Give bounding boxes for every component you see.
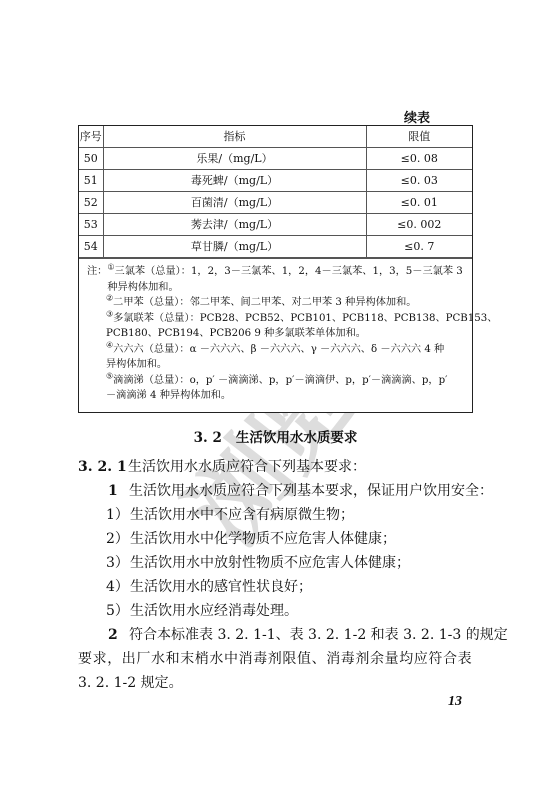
note-text: 滴滴涕（总量）：o，p′ －滴滴涕、p，p′－滴滴伊、p，p′－滴滴滴、p，p′ (113, 375, 447, 386)
note-item-4: ④六六六（总量）：α －六六六、β －六六六、γ －六六六、δ －六六六 4 种… (106, 342, 464, 373)
note-text: PCB180、PCB194、PCB206 9 种多氯联苯单体加和。 (106, 326, 464, 342)
note-text: 异构体加和。 (106, 357, 464, 373)
note-text: 二甲苯（总量）：邻二甲苯、间二甲苯、对二甲苯 3 种异构体加和。 (113, 297, 416, 308)
continued-table-label: 续表 (404, 107, 430, 126)
table-row: 51 毒死蜱/（mg/L） ≤0. 03 (79, 170, 472, 192)
note-item-3: ③多氯联苯（总量）：PCB28、PCB52、PCB101、PCB118、PCB1… (106, 311, 464, 342)
table-row: 54 草甘膦/（mg/L） ≤0. 7 (79, 236, 472, 258)
cell-indicator: 百菌清/（mg/L） (103, 192, 366, 214)
item-line: 5）生活饮用水应经消毒处理。 (106, 602, 298, 620)
item-text: 生活饮用水的感官性状良好； (130, 579, 312, 595)
note-text: －滴滴涕 4 种异构体加和。 (106, 388, 464, 404)
cell-indicator: 乐果/（mg/L） (103, 148, 366, 170)
item-number: 1） (106, 506, 130, 524)
cell-limit: ≤0. 08 (366, 148, 472, 170)
standards-table: 序号 指标 限值 50 乐果/（mg/L） ≤0. 08 51 毒死蜱/（mg/… (78, 125, 473, 413)
table-row: 50 乐果/（mg/L） ≤0. 08 (79, 148, 472, 170)
item-text: 生活饮用水应经消毒处理。 (130, 603, 298, 619)
item-number: 3） (106, 554, 130, 572)
header-limit: 限值 (366, 126, 472, 148)
item-number: 4） (106, 578, 130, 596)
clause-text: 生活饮用水水质应符合下列基本要求： (128, 459, 366, 475)
item-line: 3）生活饮用水中放射性物质不应危害人体健康； (106, 554, 410, 572)
item-text: 生活饮用水中化学物质不应危害人体健康； (130, 531, 396, 547)
note-marker: ① (107, 263, 114, 272)
cell-no: 52 (79, 192, 103, 214)
page-number: 13 (448, 694, 462, 710)
note-text: 多氯联苯（总量）：PCB28、PCB52、PCB101、PCB118、PCB13… (113, 313, 497, 324)
section-heading: 3. 2生活饮用水水质要求 (0, 426, 551, 446)
item-text: 生活饮用水水质应符合下列基本要求，保证用户饮用安全： (129, 483, 493, 499)
item-number: 1 (108, 482, 129, 500)
cell-limit: ≤0. 03 (366, 170, 472, 192)
clause-number: 3. 2. 1 (78, 458, 128, 476)
paragraph-text: 符合本标准表 3. 2. 1-1、表 3. 2. 1-2 和表 3. 2. 1-… (129, 627, 508, 643)
cell-limit: ≤0. 01 (366, 192, 472, 214)
cell-limit: ≤0. 7 (366, 236, 472, 258)
paragraph-2-line-1: 2符合本标准表 3. 2. 1-1、表 3. 2. 1-2 和表 3. 2. 1… (108, 626, 508, 644)
cell-no: 53 (79, 214, 103, 236)
note-item-5: ⑤滴滴涕（总量）：o，p′ －滴滴涕、p，p′－滴滴伊、p，p′－滴滴滴、p，p… (106, 373, 464, 404)
cell-limit: ≤0. 002 (366, 214, 472, 236)
table-row: 52 百菌清/（mg/L） ≤0. 01 (79, 192, 472, 214)
clause-line: 3. 2. 1生活饮用水水质应符合下列基本要求： (78, 458, 366, 476)
table-notes: 注： ①三氯苯（总量）：1，2，3－三氯苯、1，2，4－三氯苯、1，3，5－三氯… (79, 258, 472, 412)
cell-indicator: 莠去津/（mg/L） (103, 214, 366, 236)
cell-indicator: 草甘膦/（mg/L） (103, 236, 366, 258)
header-no: 序号 (79, 126, 103, 148)
item-line: 4）生活饮用水的感官性状良好； (106, 578, 312, 596)
paragraph-number: 2 (108, 626, 129, 644)
section-title-text: 生活饮用水水质要求 (236, 430, 358, 446)
item-line: 1生活饮用水水质应符合下列基本要求，保证用户饮用安全： (108, 482, 493, 500)
table-row: 53 莠去津/（mg/L） ≤0. 002 (79, 214, 472, 236)
note-item-2: ②二甲苯（总量）：邻二甲苯、间二甲苯、对二甲苯 3 种异构体加和。 (106, 295, 464, 311)
header-indicator: 指标 (103, 126, 366, 148)
note-text: 三氯苯（总量）：1，2，3－三氯苯、1，2，4－三氯苯、1，3，5－三氯苯 3 (115, 266, 463, 277)
item-line: 2）生活饮用水中化学物质不应危害人体健康； (106, 530, 396, 548)
cell-no: 50 (79, 148, 103, 170)
item-number: 2） (106, 530, 130, 548)
item-text: 生活饮用水中放射性物质不应危害人体健康； (130, 555, 410, 571)
note-item-1: 注： ①三氯苯（总量）：1，2，3－三氯苯、1，2，4－三氯苯、1，3，5－三氯… (87, 264, 464, 295)
cell-indicator: 毒死蜱/（mg/L） (103, 170, 366, 192)
cell-no: 51 (79, 170, 103, 192)
item-line: 1）生活饮用水中不应含有病原微生物； (106, 506, 354, 524)
cell-no: 54 (79, 236, 103, 258)
table-header-row: 序号 指标 限值 (79, 126, 472, 148)
notes-prefix: 注： (87, 264, 107, 295)
item-number: 5） (106, 602, 130, 620)
section-number: 3. 2 (194, 430, 222, 446)
paragraph-2-line-3: 3. 2. 1-2 规定。 (78, 674, 183, 692)
document-page: 浏览专用 续表 序号 指标 限值 50 乐果/（mg/L） ≤0. 08 51 … (0, 0, 551, 790)
note-text: 六六六（总量）：α －六六六、β －六六六、γ －六六六、δ －六六六 4 种 (113, 344, 444, 355)
paragraph-2-line-2: 要求，出厂水和末梢水中消毒剂限值、消毒剂余量均应符合表 (78, 650, 472, 668)
item-text: 生活饮用水中不应含有病原微生物； (130, 507, 354, 523)
note-text: 种异构体加和。 (107, 280, 464, 296)
